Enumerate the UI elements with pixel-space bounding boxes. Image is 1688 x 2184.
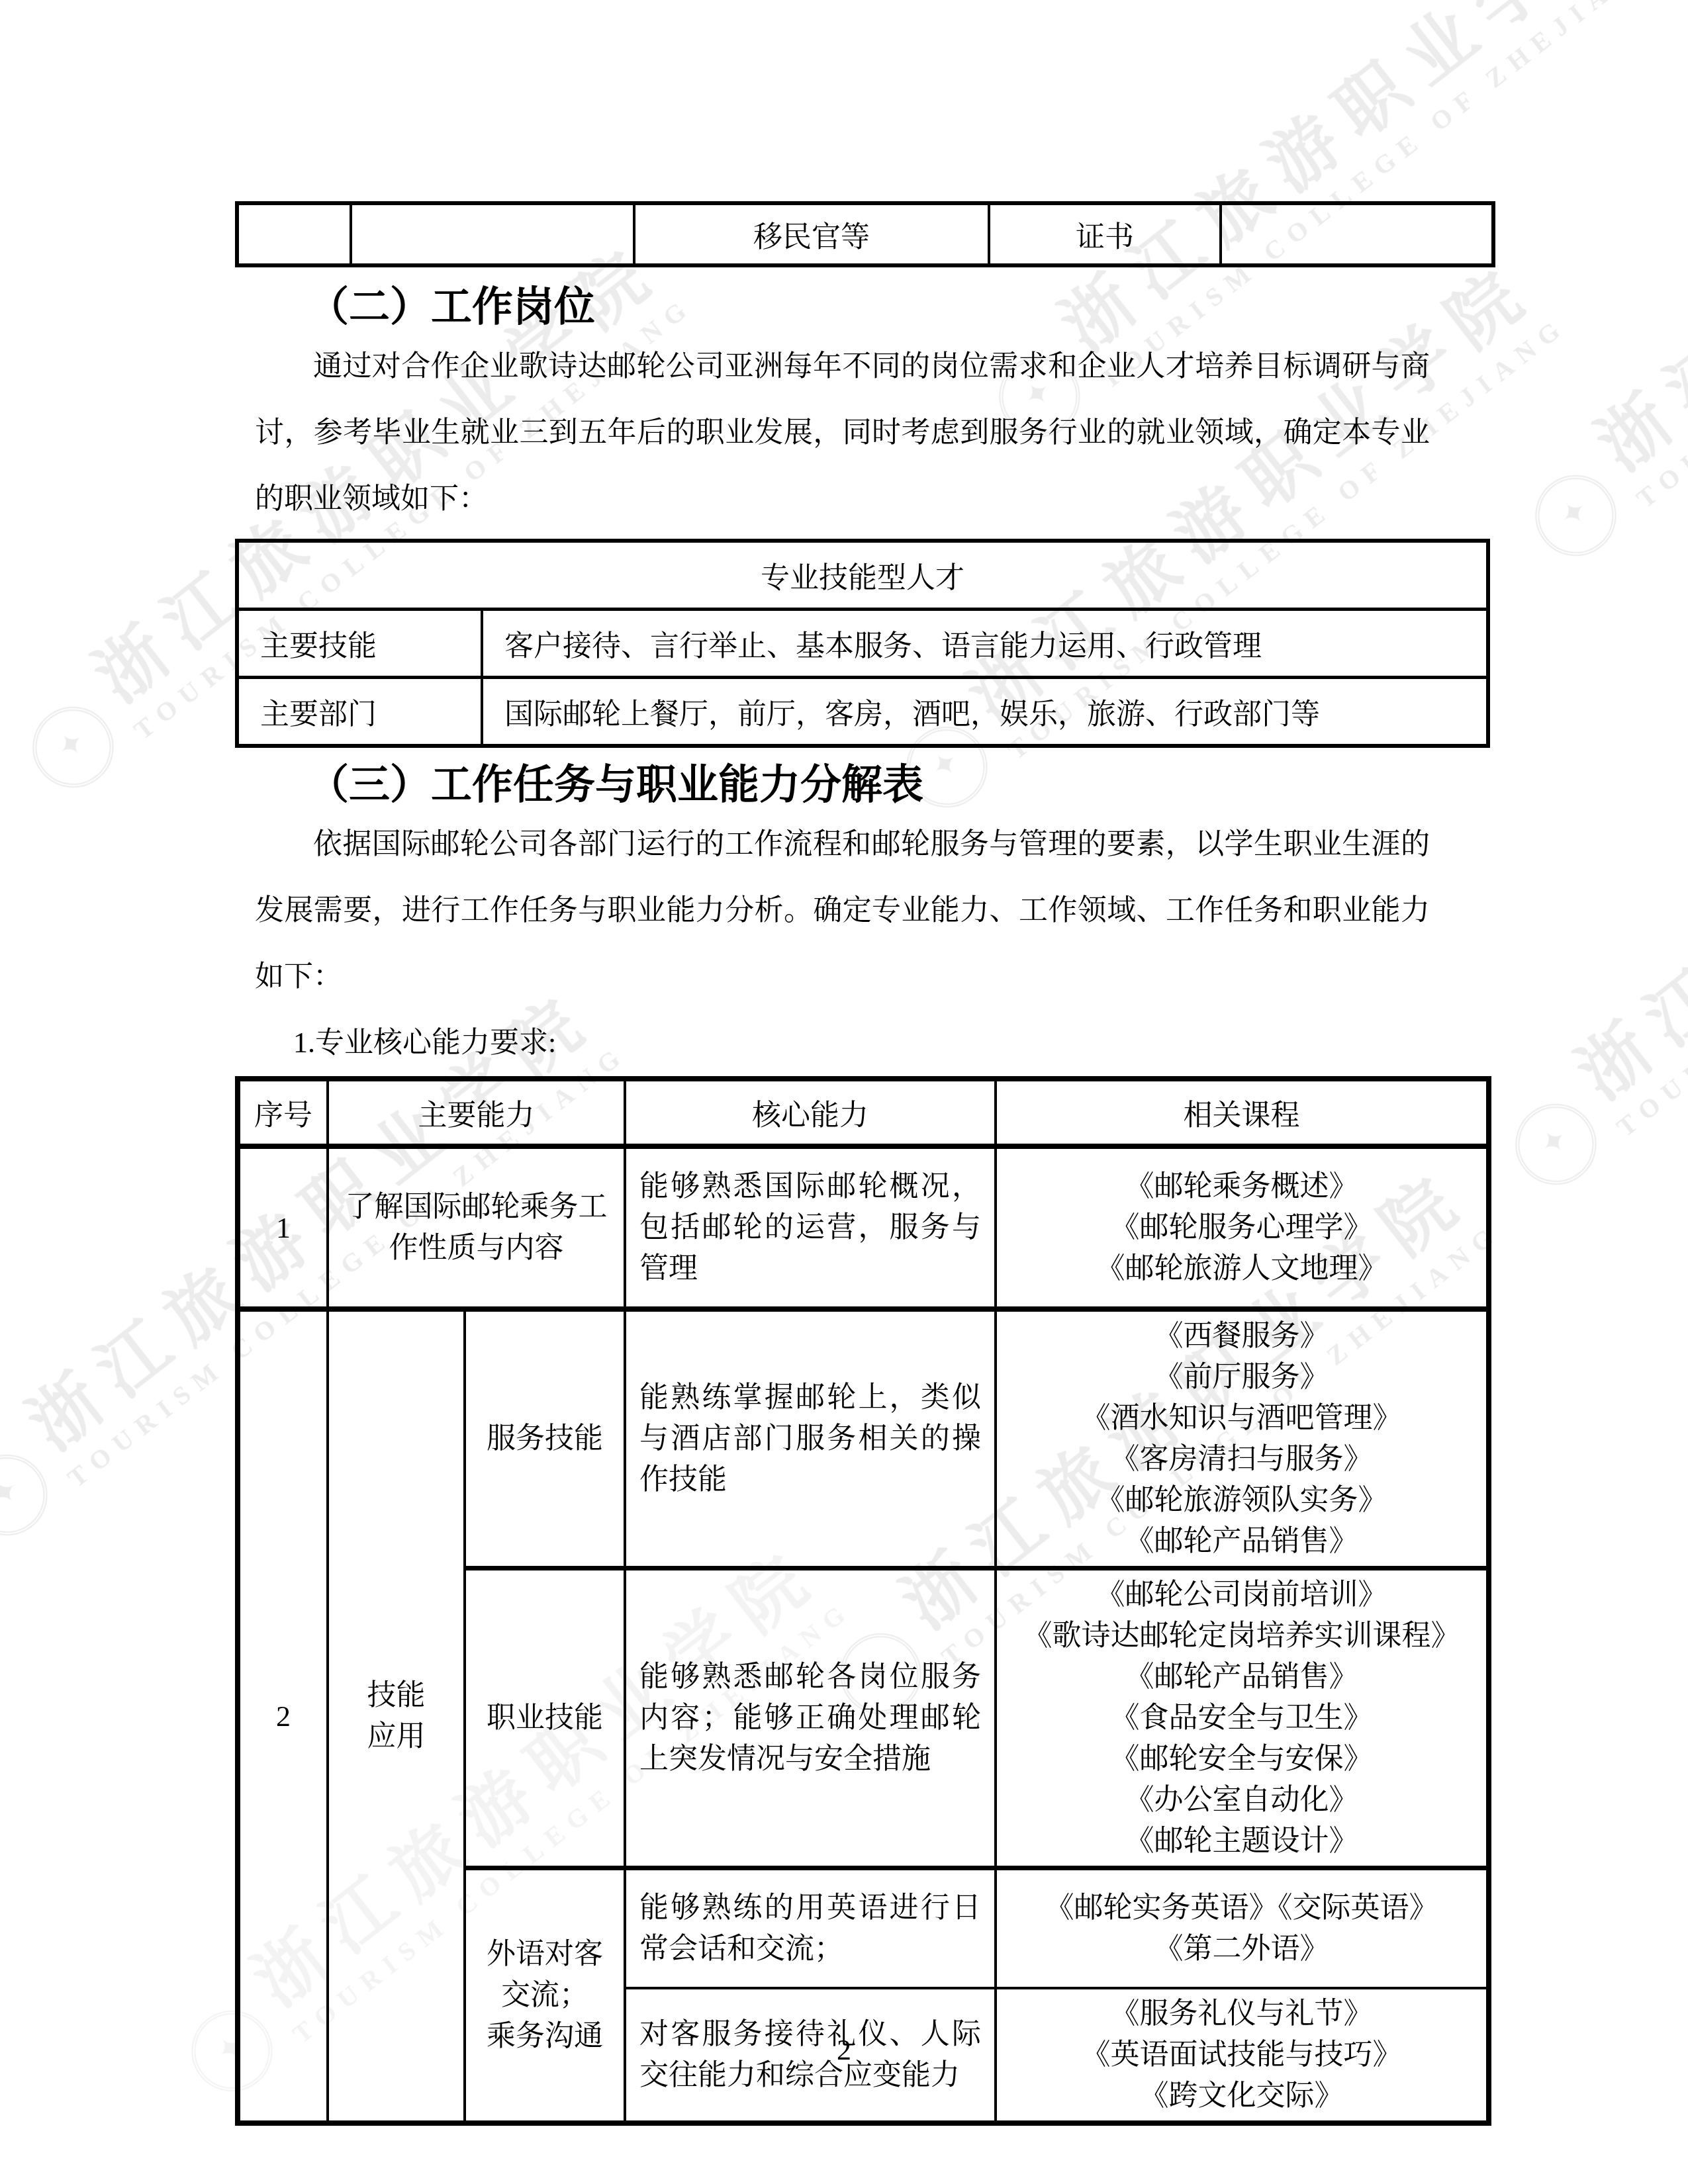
subrow-courses-english: 《邮轮实务英语》《交际英语》《第二外语》	[996, 1868, 1489, 1989]
section-3-paragraph: 依据国际邮轮公司各部门运行的工作流程和邮轮服务与管理的要素，以学生职业生涯的发展…	[255, 811, 1430, 1010]
document-page: ✦ 浙江旅游职业学院 TOURISM COLLEGE OF ZHEJIANG ✦…	[0, 0, 1688, 2184]
watermark-text-en: TOURISM COLLEGE OF ZHEJIANG	[1628, 55, 1688, 518]
column-header-courses: 相关课程	[996, 1079, 1489, 1146]
competency-table: 序号 主要能力 核心能力 相关课程 1 了解国际邮轮乘务工作性质与内容 能够熟悉…	[235, 1076, 1491, 2126]
column-header-main-ability: 主要能力	[328, 1079, 625, 1146]
page-number: 2	[0, 2033, 1688, 2067]
watermark-unit: ✦ 浙江旅游职业学院 TOURISM COLLEGE OF ZHEJIANG	[1561, 623, 1688, 1146]
row2-ability-group: 技能应用	[328, 1309, 465, 2123]
fragment-cell-empty-1	[237, 203, 351, 265]
subrow-label-service-skills: 服务技能	[465, 1309, 625, 1569]
college-seal-icon: ✦	[17, 690, 130, 803]
subrow-core-service-skills: 能熟练掌握邮轮上，类似与酒店部门服务相关的操作技能	[625, 1309, 996, 1569]
talent-table-title: 专业技能型人才	[237, 541, 1488, 610]
talent-row-label: 主要部门	[237, 678, 482, 747]
section-2-paragraph: 通过对合作企业歌诗达邮轮公司亚洲每年不同的岗位需求和企业人才培养目标调研与商讨，…	[255, 334, 1430, 532]
fragment-cell-empty-3	[1221, 203, 1493, 265]
section-heading-2: （二）工作岗位	[235, 286, 1486, 330]
continued-table-fragment: 移民官等 证书	[235, 201, 1495, 267]
college-seal-icon: ✦	[1519, 459, 1632, 572]
column-header-no: 序号	[238, 1079, 328, 1146]
table-header-row: 序号 主要能力 核心能力 相关课程	[238, 1079, 1489, 1146]
fragment-cell-empty-2	[351, 203, 634, 265]
table-row: 专业技能型人才	[237, 541, 1488, 610]
section-heading-3: （三）工作任务与职业能力分解表	[235, 764, 1486, 807]
table-row: 2 技能应用 服务技能 能熟练掌握邮轮上，类似与酒店部门服务相关的操作技能 《西…	[238, 1309, 1489, 1569]
fragment-cell-certificate: 证书	[989, 203, 1221, 265]
row1-courses: 《邮轮乘务概述》《邮轮服务心理学》《邮轮旅游人文地理》	[996, 1146, 1489, 1309]
document-content: 移民官等 证书 （二）工作岗位 通过对合作企业歌诗达邮轮公司亚洲每年不同的岗位需…	[235, 201, 1486, 2126]
subrow-core-professional-skills: 能够熟悉邮轮各岗位服务内容；能够正确处理邮轮上突发情况与安全措施	[625, 1569, 996, 1868]
table-row: 主要部门 国际邮轮上餐厅，前厅，客房，酒吧，娱乐，旅游、行政部门等	[237, 678, 1488, 747]
subrow-courses-service-skills: 《西餐服务》《前厅服务》《酒水知识与酒吧管理》《客房清扫与服务》《邮轮旅游领队实…	[996, 1309, 1489, 1569]
row1-core: 能够熟悉国际邮轮概况，包括邮轮的运营，服务与管理	[625, 1146, 996, 1309]
row1-no: 1	[238, 1146, 328, 1309]
talent-category-table: 专业技能型人才 主要技能 客户接待、言行举止、基本服务、语言能力运用、行政管理 …	[235, 539, 1490, 748]
list-item-core-competency: 1.专业核心能力要求:	[235, 1011, 1486, 1075]
column-header-core-ability: 核心能力	[625, 1079, 996, 1146]
talent-row-value: 客户接待、言行举止、基本服务、语言能力运用、行政管理	[482, 610, 1488, 678]
subrow-courses-professional-skills: 《邮轮公司岗前培训》《歌诗达邮轮定岗培养实训课程》《邮轮产品销售》《食品安全与卫…	[996, 1569, 1489, 1868]
table-row: 主要技能 客户接待、言行举止、基本服务、语言能力运用、行政管理	[237, 610, 1488, 678]
subrow-core-english: 能够熟练的用英语进行日常会话和交流；	[625, 1868, 996, 1989]
table-row: 1 了解国际邮轮乘务工作性质与内容 能够熟悉国际邮轮概况，包括邮轮的运营，服务与…	[238, 1146, 1489, 1309]
college-seal-icon: ✦	[0, 1438, 64, 1551]
subrow-label-professional-skills: 职业技能	[465, 1569, 625, 1868]
subrow-label-language-communication: 外语对客交流；乘务沟通	[465, 1868, 625, 2124]
watermark-unit: ✦ 浙江旅游职业学院 TOURISM COLLEGE OF ZHEJIANG	[1581, 0, 1688, 518]
talent-row-label: 主要技能	[237, 610, 482, 678]
watermark-text-en: TOURISM COLLEGE OF ZHEJIANG	[1608, 684, 1688, 1146]
row2-no: 2	[238, 1309, 328, 2123]
fragment-cell-positions: 移民官等	[634, 203, 989, 265]
watermark-text-cn: 浙江旅游职业学院	[1561, 623, 1688, 1115]
row1-ability: 了解国际邮轮乘务工作性质与内容	[328, 1146, 625, 1309]
watermark-text-cn: 浙江旅游职业学院	[1581, 0, 1688, 486]
table-row: 移民官等 证书	[237, 203, 1493, 265]
talent-row-value: 国际邮轮上餐厅，前厅，客房，酒吧，娱乐，旅游、行政部门等	[482, 678, 1488, 747]
college-seal-icon: ✦	[1499, 1087, 1613, 1201]
